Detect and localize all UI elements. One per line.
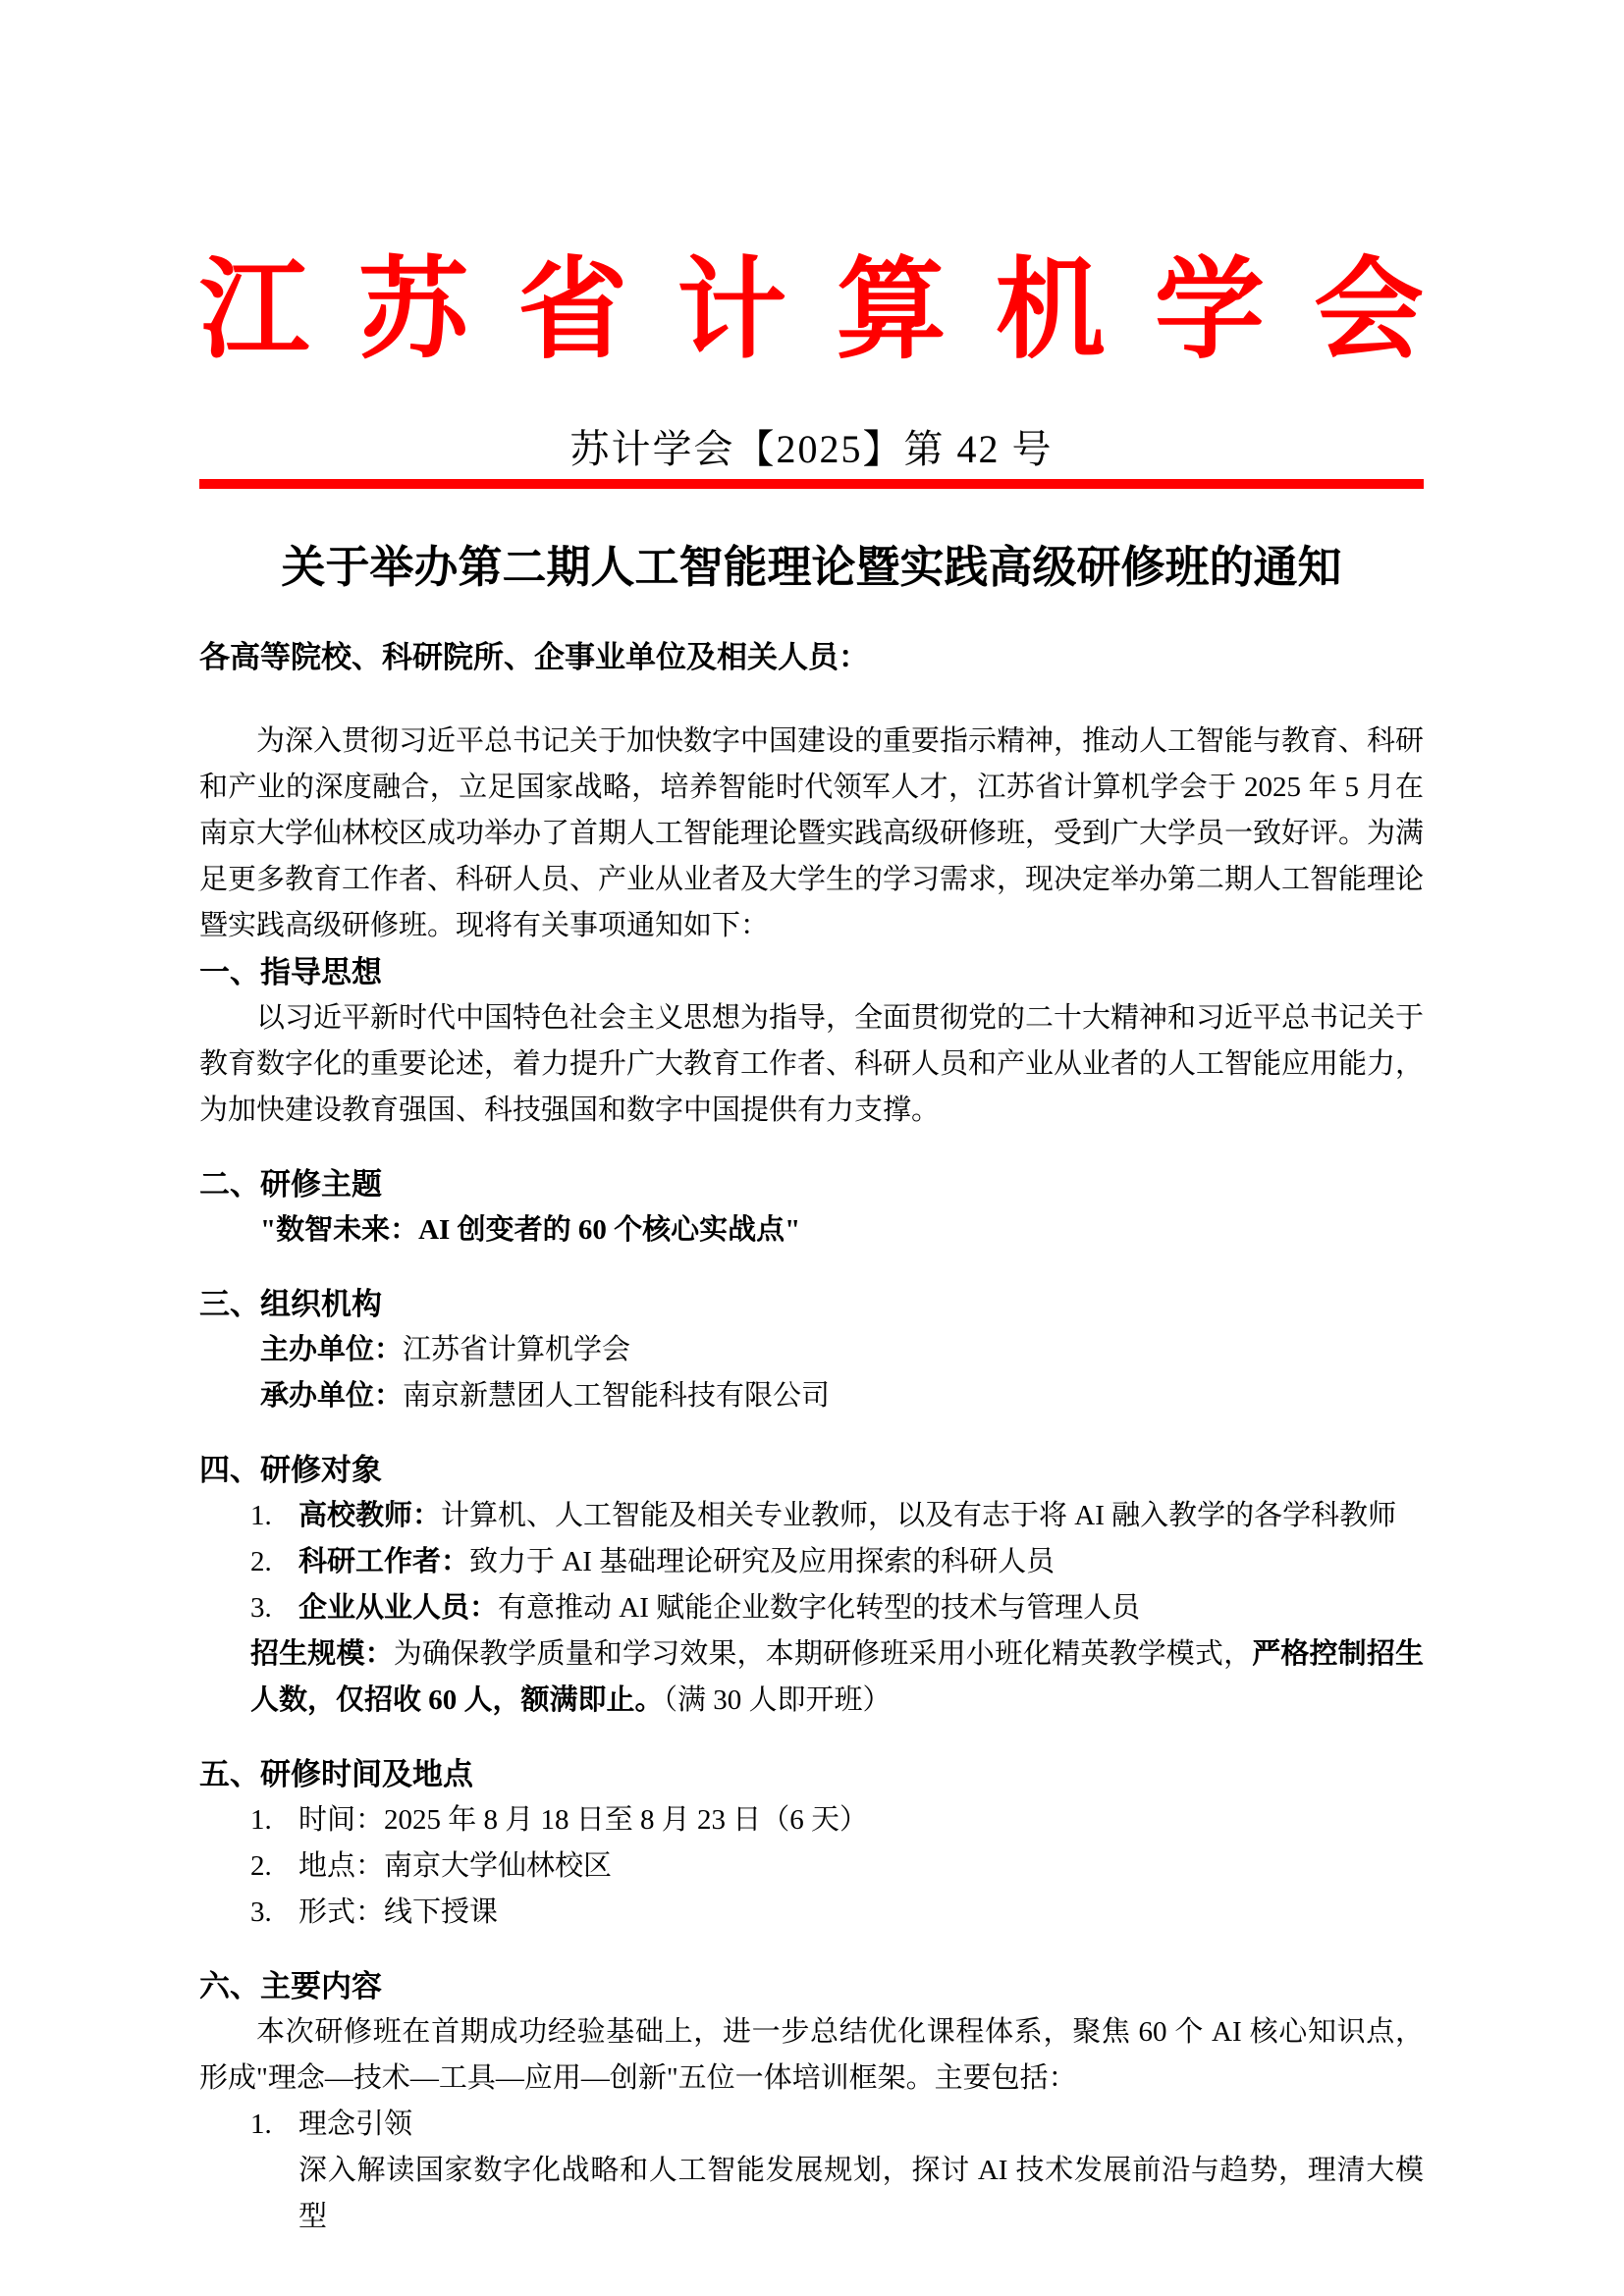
item-label: 企业从业人员：	[298, 1592, 498, 1624]
enrollment-text-1: 为确保教学质量和学习效果，本期研修班采用小班化精英教学模式，	[394, 1638, 1252, 1670]
item-number: 2.	[250, 1843, 298, 1890]
enrollment-text-2: （满 30 人即开班）	[664, 1684, 892, 1716]
item-text: 地点：南京大学仙林校区	[298, 1850, 612, 1882]
item-number: 1.	[250, 2102, 298, 2148]
section-1-body: 以习近平新时代中国特色社会主义思想为指导，全面贯彻党的二十大精神和习近平总书记关…	[199, 995, 1424, 1134]
section-6-intro: 本次研修班在首期成功经验基础上，进一步总结优化课程体系，聚焦 60 个 AI 核…	[199, 2009, 1424, 2102]
enrollment-scale-paragraph: 招生规模：为确保教学质量和学习效果，本期研修班采用小班化精英教学模式，严格控制招…	[250, 1631, 1424, 1724]
organizer-unit-value: 南京新慧团人工智能科技有限公司	[403, 1380, 830, 1412]
letterhead-divider-rule	[199, 479, 1424, 489]
section-4-heading: 四、研修对象	[199, 1447, 1424, 1493]
item-number: 2.	[250, 1539, 298, 1585]
item-label: 科研工作者：	[298, 1546, 469, 1577]
audience-item: 1.高校教师：计算机、人工智能及相关专业教师，以及有志于将 AI 融入教学的各学…	[199, 1493, 1424, 1539]
item-number: 1.	[250, 1493, 298, 1539]
section-1-heading: 一、指导思想	[199, 949, 1424, 995]
item-number: 1.	[250, 1797, 298, 1843]
item-text: 致力于 AI 基础理论研究及应用探索的科研人员	[469, 1546, 1055, 1577]
item-title: 理念引领	[298, 2109, 412, 2140]
section-5-heading: 五、研修时间及地点	[199, 1751, 1424, 1797]
item-label: 高校教师：	[298, 1500, 441, 1531]
item-text: 时间：2025 年 8 月 18 日至 8 月 23 日（6 天）	[298, 1804, 868, 1836]
document-number: 苏计学会【2025】第 42 号	[199, 426, 1424, 473]
content-item-body: 深入解读国家数字化战略和人工智能发展规划，探讨 AI 技术发展前沿与趋势，理清大…	[298, 2148, 1424, 2240]
audience-item: 2.科研工作者：致力于 AI 基础理论研究及应用探索的科研人员	[199, 1539, 1424, 1585]
enrollment-label: 招生规模：	[250, 1638, 394, 1670]
host-unit-line: 主办单位：江苏省计算机学会	[199, 1327, 1424, 1373]
document-page: 江苏省计算机学会 苏计学会【2025】第 42 号 关于举办第二期人工智能理论暨…	[0, 0, 1624, 2296]
content-item: 1.理念引领	[199, 2102, 1424, 2148]
organizer-unit-line: 承办单位：南京新慧团人工智能科技有限公司	[199, 1373, 1424, 1419]
training-theme-line: "数智未来：AI 创变者的 60 个核心实战点"	[199, 1207, 1424, 1254]
item-text: 计算机、人工智能及相关专业教师，以及有志于将 AI 融入教学的各学科教师	[441, 1500, 1396, 1531]
section-6-heading: 六、主要内容	[199, 1963, 1424, 2009]
notice-title: 关于举办第二期人工智能理论暨实践高级研修班的通知	[199, 540, 1424, 595]
audience-item: 3.企业从业人员：有意推动 AI 赋能企业数字化转型的技术与管理人员	[199, 1585, 1424, 1631]
schedule-item: 1.时间：2025 年 8 月 18 日至 8 月 23 日（6 天）	[199, 1797, 1424, 1843]
org-letterhead-title: 江苏省计算机学会	[199, 253, 1424, 369]
section-2-heading: 二、研修主题	[199, 1161, 1424, 1207]
host-unit-value: 江苏省计算机学会	[403, 1334, 630, 1365]
salutation-line: 各高等院校、科研院所、企事业单位及相关人员：	[199, 634, 1424, 680]
intro-paragraph: 为深入贯彻习近平总书记关于加快数字中国建设的重要指示精神，推动人工智能与教育、科…	[199, 719, 1424, 949]
host-unit-label: 主办单位：	[260, 1334, 403, 1365]
organizer-unit-label: 承办单位：	[260, 1380, 403, 1412]
item-text: 形式：线下授课	[298, 1896, 498, 1928]
item-text: 有意推动 AI 赋能企业数字化转型的技术与管理人员	[498, 1592, 1140, 1624]
section-3-heading: 三、组织机构	[199, 1281, 1424, 1327]
schedule-item: 2.地点：南京大学仙林校区	[199, 1843, 1424, 1890]
item-number: 3.	[250, 1585, 298, 1631]
item-number: 3.	[250, 1890, 298, 1936]
schedule-item: 3.形式：线下授课	[199, 1890, 1424, 1936]
